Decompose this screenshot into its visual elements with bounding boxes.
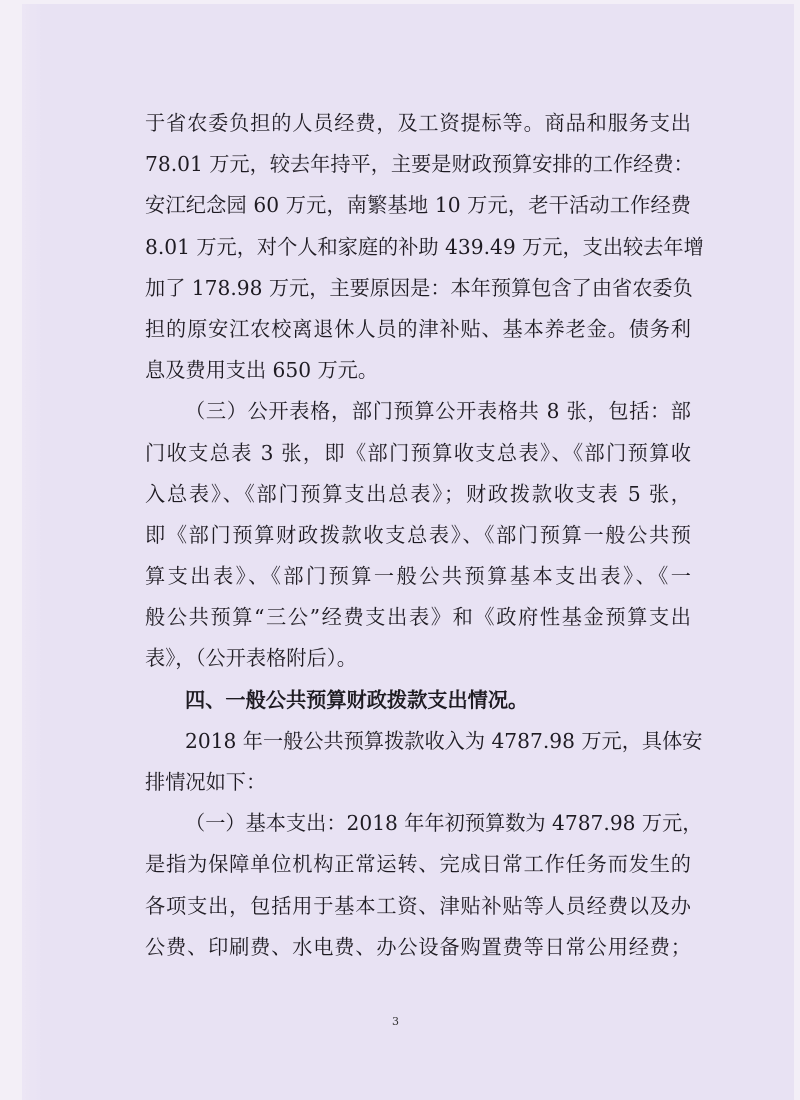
text-line: 78.01 万元，较去年持平，主要是财政预算安排的工作经费： — [145, 144, 691, 185]
text-line: 公费、印刷费、水电费、办公设备购置费等日常公用经费； — [145, 927, 691, 968]
text-line: 般公共预算“三公”经费支出表》和《政府性基金预算支出 — [145, 597, 691, 638]
section-paragraph-start: （三）公开表格，部门预算公开表格共 8 张，包括：部 — [145, 391, 691, 432]
text-line: 于省农委负担的人员经费，及工资提标等。商品和服务支出 — [145, 103, 691, 144]
text-line: 各项支出，包括用于基本工资、津贴补贴等人员经费以及办 — [145, 886, 691, 927]
text-line: 是指为保障单位机构正常运转、完成日常工作任务而发生的 — [145, 844, 691, 885]
section-heading: 四、一般公共预算财政拨款支出情况。 — [145, 680, 691, 721]
text-line: 表》，（公开表格附后）。 — [145, 638, 691, 679]
text-line: 息及费用支出 650 万元。 — [145, 350, 691, 391]
paragraph-start: 2018 年一般公共预算拨款收入为 4787.98 万元，具体安 — [145, 721, 691, 762]
text-line: 即《部门预算财政拨款收支总表》、《部门预算一般公共预 — [145, 515, 691, 556]
text-line: 门收支总表 3 张，即《部门预算收支总表》、《部门预算收 — [145, 433, 691, 474]
text-line: 担的原安江农校离退休人员的津补贴、基本养老金。债务利 — [145, 309, 691, 350]
text-line: 排情况如下： — [145, 762, 691, 803]
page-number: 3 — [392, 1015, 399, 1028]
text-line: 入总表》、《部门预算支出总表》；财政拨款收支表 5 张， — [145, 474, 691, 515]
text-line: 算支出表》、《部门预算一般公共预算基本支出表》、《一 — [145, 556, 691, 597]
subsection-paragraph-start: （一）基本支出：2018 年年初预算数为 4787.98 万元， — [145, 803, 691, 844]
text-line: 加了 178.98 万元，主要原因是：本年预算包含了由省农委负 — [145, 268, 691, 309]
text-line: 安江纪念园 60 万元，南繁基地 10 万元，老干活动工作经费 — [145, 185, 691, 226]
text-line: 8.01 万元，对个人和家庭的补助 439.49 万元，支出较去年增 — [145, 227, 691, 268]
document-body: 于省农委负担的人员经费，及工资提标等。商品和服务支出 78.01 万元，较去年持… — [145, 103, 691, 968]
